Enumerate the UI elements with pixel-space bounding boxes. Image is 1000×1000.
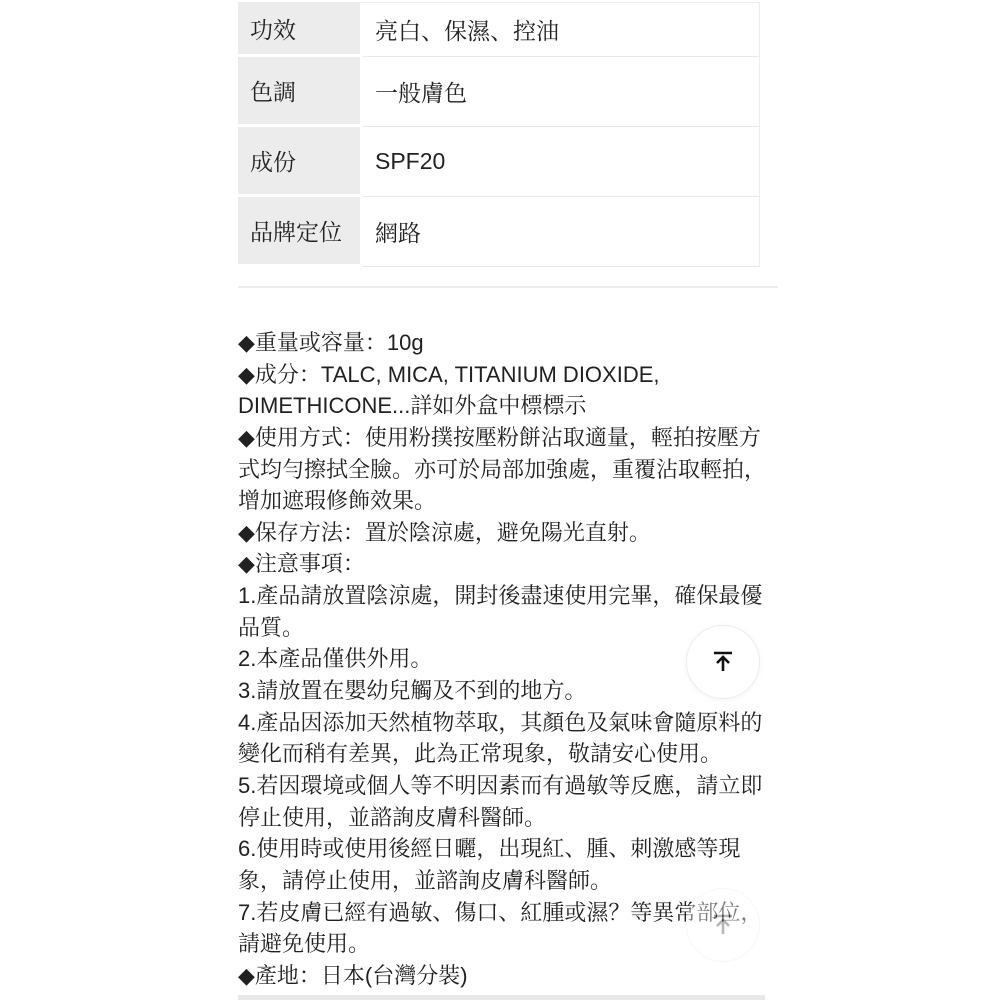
- spec-label: 成份: [238, 127, 360, 197]
- spec-row-tone: 色調 一般膚色: [238, 57, 760, 127]
- description-line: ◆保存方法：置於陰涼處，避免陽光直射。: [238, 517, 783, 549]
- description-line: 5.若因環境或個人等不明因素而有過敏等反應，請立即: [238, 770, 783, 802]
- description-line: 4.產品因添加天然植物萃取，其顏色及氣味會隨原料的: [238, 707, 783, 739]
- spec-row-ingredient: 成份 SPF20: [238, 127, 760, 197]
- back-to-top-button[interactable]: [686, 625, 760, 699]
- section-divider: [238, 286, 778, 288]
- product-detail-page: 功效 亮白、保濕、控油 色調 一般膚色 成份 SPF20 品牌定位 網路 ◆重量…: [0, 0, 1000, 1000]
- spec-label: 功效: [238, 3, 360, 57]
- description-line: ◆注意事項：: [238, 548, 783, 580]
- description-line: 1.產品請放置陰涼處，開封後盡速使用完畢，確保最優: [238, 580, 783, 612]
- description-line: 請避免使用。: [238, 928, 783, 960]
- spec-table: 功效 亮白、保濕、控油 色調 一般膚色 成份 SPF20 品牌定位 網路: [238, 2, 760, 267]
- spec-value: 亮白、保濕、控油: [363, 3, 760, 57]
- scroll-to-top-icon: [709, 648, 737, 676]
- spec-value: 網路: [363, 197, 760, 267]
- description-line: 7.若皮膚已經有過敏、傷口、紅腫或濕？等異常部位，: [238, 897, 783, 929]
- description-line: 變化而稍有差異，此為正常現象，敬請安心使用。: [238, 738, 783, 770]
- description-line: ◆使用方式：使用粉撲按壓粉餅沾取適量，輕拍按壓方: [238, 422, 783, 454]
- description-line: DIMETHICONE...詳如外盒中標標示: [238, 390, 783, 422]
- description-line: 象，請停止使用，並諮詢皮膚科醫師。: [238, 865, 783, 897]
- description-line: 6.使用時或使用後經日曬，出現紅、腫、刺激感等現: [238, 833, 783, 865]
- description-line: 增加遮瑕修飾效果。: [238, 485, 783, 517]
- next-section-divider: [238, 995, 765, 1000]
- spec-label: 品牌定位: [238, 197, 360, 267]
- spec-label: 色調: [238, 57, 360, 127]
- spec-row-effect: 功效 亮白、保濕、控油: [238, 3, 760, 57]
- description-line: ◆重量或容量：10g: [238, 327, 783, 359]
- spec-value: 一般膚色: [363, 57, 760, 127]
- description-line: ◆產地：日本(台灣分裝): [238, 960, 783, 992]
- description-line: 停止使用，並諮詢皮膚科醫師。: [238, 802, 783, 834]
- spec-row-brand-position: 品牌定位 網路: [238, 197, 760, 267]
- spec-value: SPF20: [363, 127, 760, 197]
- description-line: ◆成分：TALC, MICA, TITANIUM DIOXIDE,: [238, 359, 783, 391]
- description-line: 式均勻擦拭全臉。亦可於局部加強處，重覆沾取輕拍，: [238, 454, 783, 486]
